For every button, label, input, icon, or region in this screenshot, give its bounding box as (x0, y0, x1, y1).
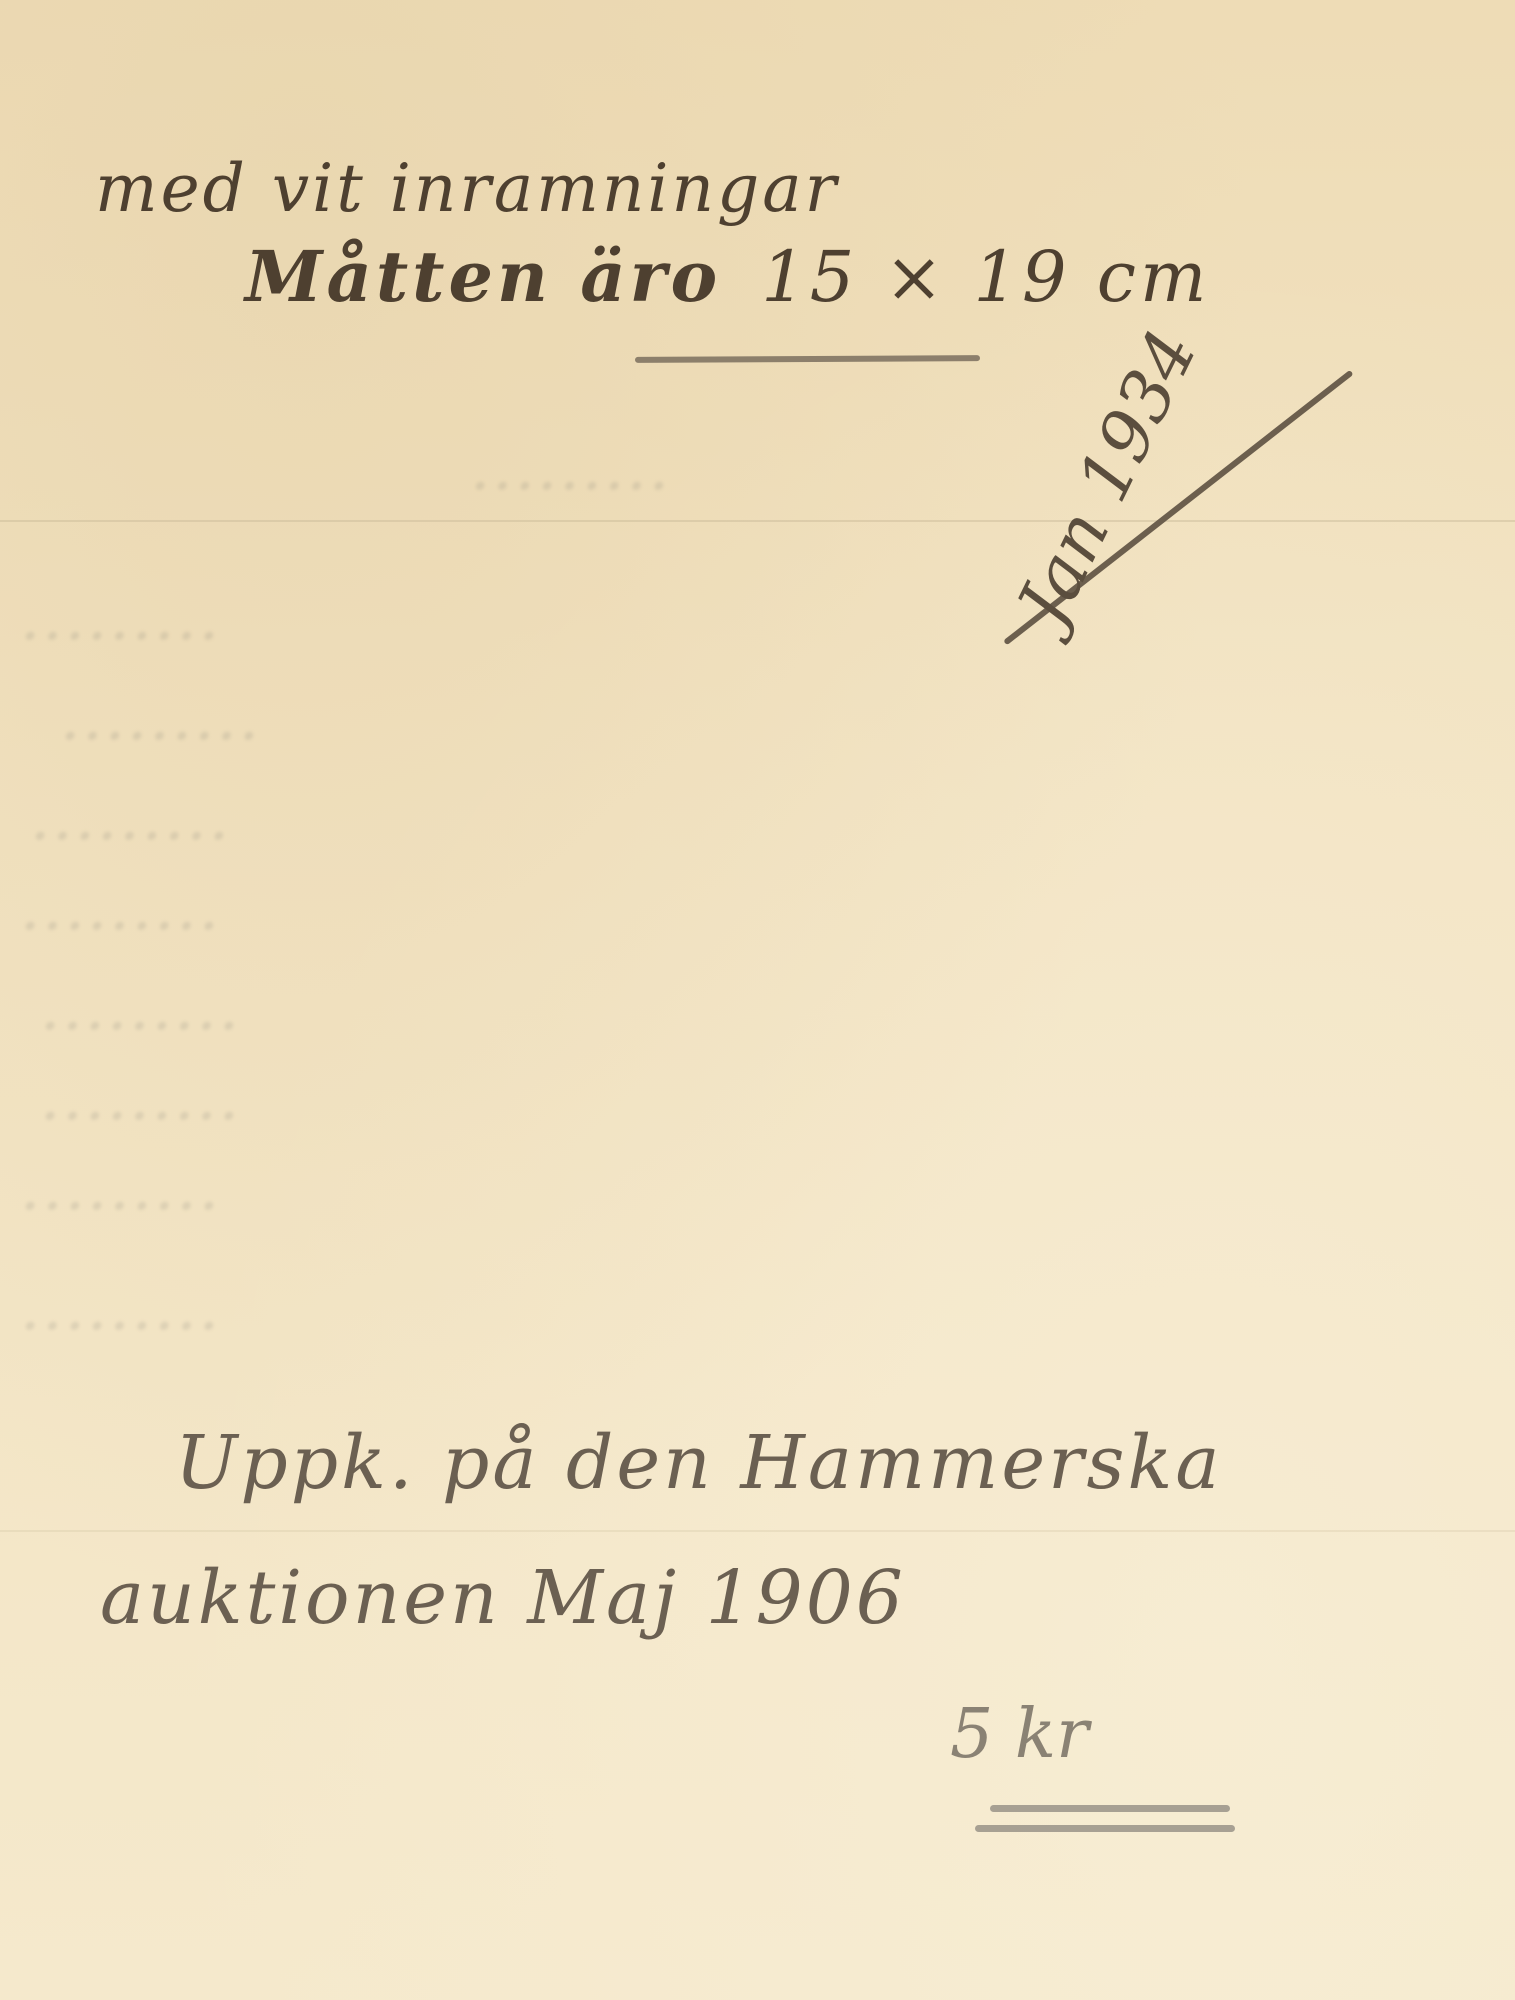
bleed-through-text: ········· (40, 990, 241, 1064)
bleed-through-text: ········· (60, 700, 261, 774)
double-underline-stroke (990, 1805, 1230, 1812)
handwritten-line-auction-date: auktionen Maj 1906 (100, 1555, 906, 1641)
dimensions-value: 15 × 19 cm (761, 236, 1210, 318)
bleed-through-text: ········· (20, 600, 221, 674)
bleed-through-text: ········· (20, 890, 221, 964)
dimensions-label: Måtten äro (245, 235, 721, 318)
double-underline-stroke (975, 1825, 1235, 1832)
handwritten-line-provenance: Uppk. på den Hammerska (175, 1420, 1222, 1506)
paper-fold-line (0, 520, 1515, 522)
handwritten-line-dimensions: Måtten äro15 × 19 cm (245, 235, 1210, 318)
paper-fold-line (0, 1530, 1515, 1532)
bleed-through-text: ········· (20, 1290, 221, 1364)
handwritten-line-description: med vit inramningar (95, 150, 839, 227)
handwritten-price: 5 kr (950, 1695, 1089, 1774)
bleed-through-text: ········· (470, 450, 671, 524)
bleed-through-text: ········· (40, 1080, 241, 1154)
bleed-through-text: ········· (30, 800, 231, 874)
bleed-through-text: ········· (20, 1170, 221, 1244)
